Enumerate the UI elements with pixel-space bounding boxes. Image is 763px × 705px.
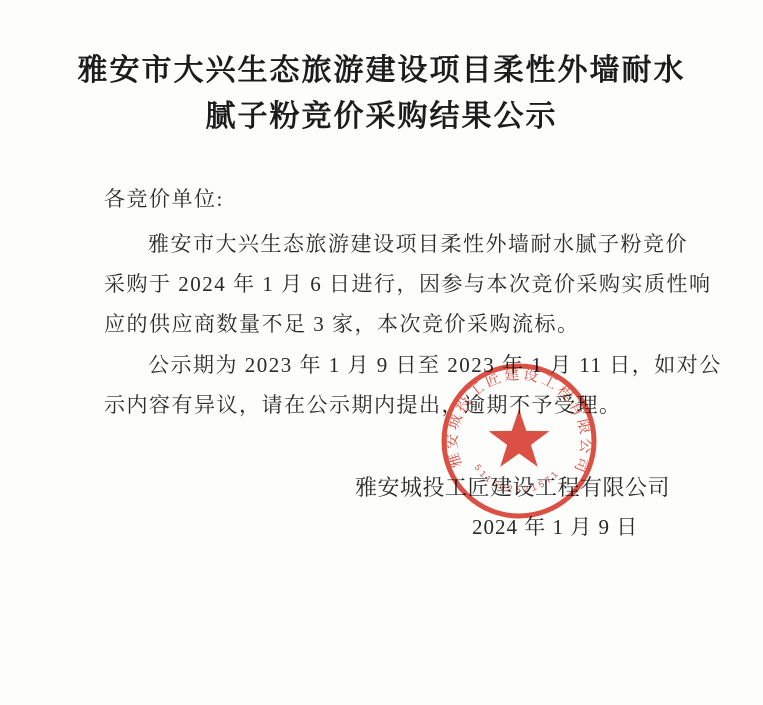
paragraph2-line1: 公示期为 2023 年 1 月 9 日至 2023 年 1 月 11 日，如对公	[148, 349, 722, 379]
document-title: 雅安市大兴生态旅游建设项目柔性外墙耐水 腻子粉竞价采购结果公示	[0, 48, 763, 140]
paragraph1-line1: 雅安市大兴生态旅游建设项目柔性外墙耐水腻子粉竞价	[148, 228, 688, 258]
star-icon	[489, 409, 550, 467]
svg-text:511602521571: 511602521571	[472, 463, 562, 495]
paragraph1-line2: 采购于 2024 年 1 月 6 日进行，因参与本次竞价采购实质性响	[104, 268, 712, 298]
salutation: 各竞价单位:	[104, 183, 224, 213]
paragraph1-line3: 应的供应商数量不足 3 家，本次竞价采购流标。	[104, 308, 580, 338]
seal-serial-text: 511602521571	[472, 463, 562, 495]
document-page: 雅安市大兴生态旅游建设项目柔性外墙耐水 腻子粉竞价采购结果公示 各竞价单位: 雅…	[0, 0, 763, 705]
title-line-1: 雅安市大兴生态旅游建设项目柔性外墙耐水	[0, 48, 763, 94]
company-seal: 雅安城投工匠建设工程有限公司 511602521571	[437, 362, 601, 522]
title-line-2: 腻子粉竞价采购结果公示	[0, 94, 763, 140]
